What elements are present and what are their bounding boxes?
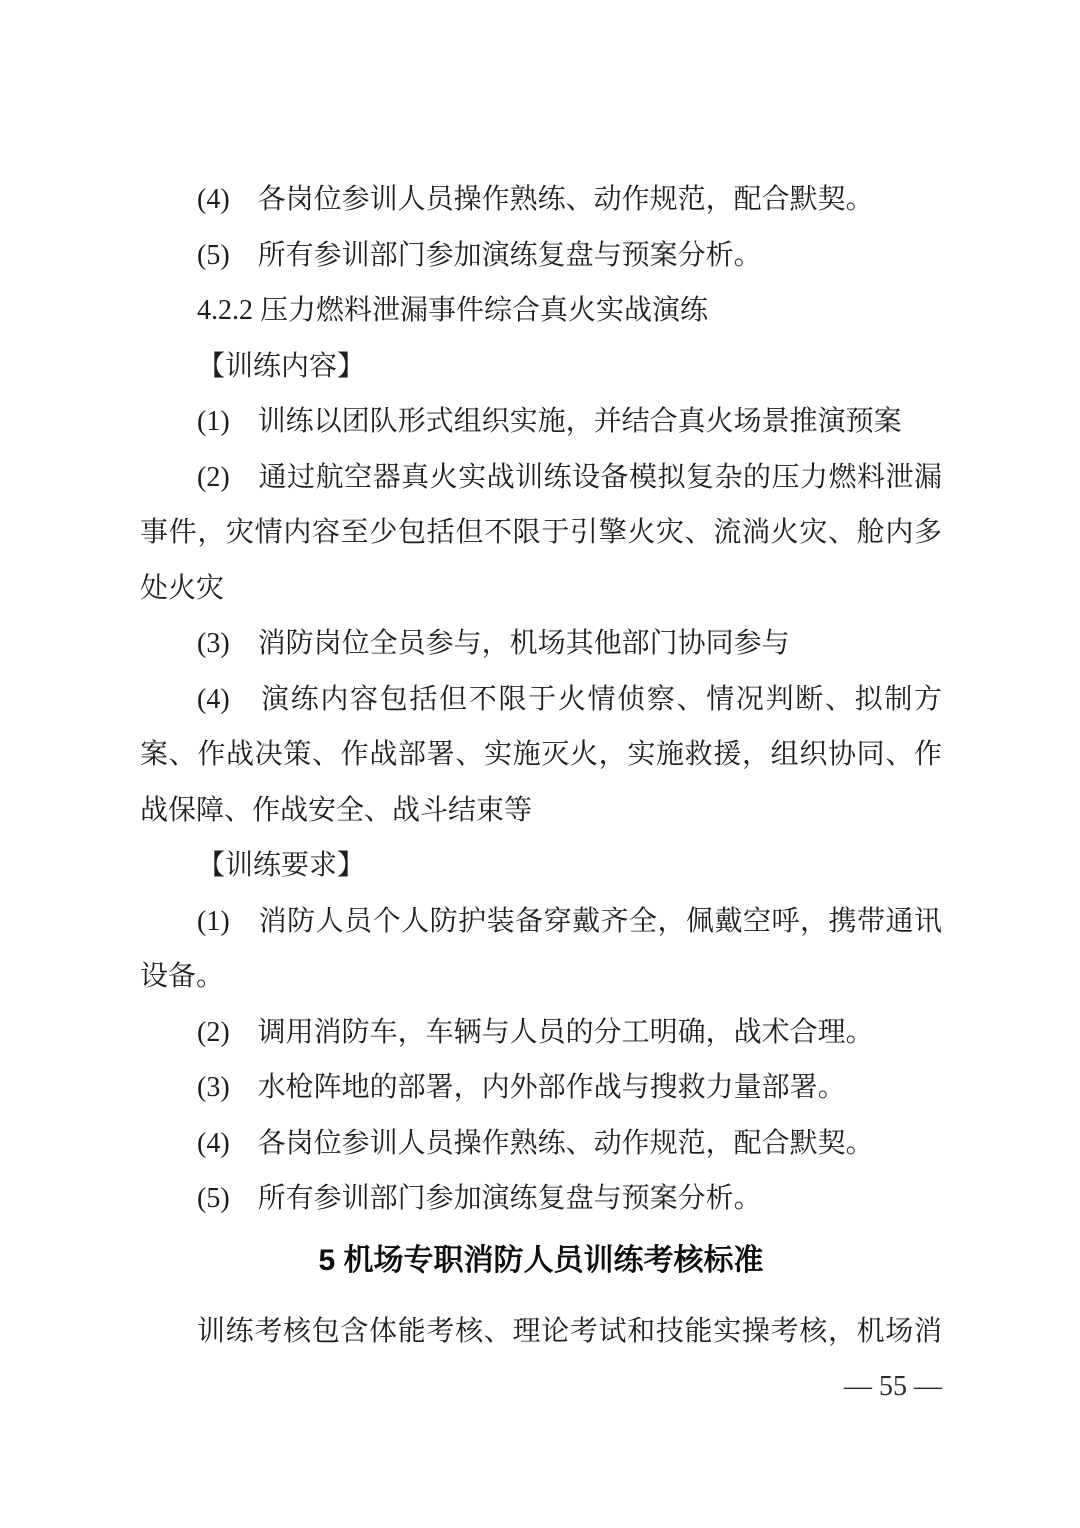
- page-number: — 55 —: [844, 1359, 942, 1415]
- text-line: 【训练要求】: [140, 838, 942, 894]
- text-line: (3) 水枪阵地的部署，内外部作战与搜救力量部署。: [140, 1060, 942, 1116]
- text-line: 战保障、作战安全、战斗结束等: [140, 783, 942, 839]
- text-line: 【训练内容】: [140, 339, 942, 395]
- document-body: (4) 各岗位参训人员操作熟练、动作规范，配合默契。(5) 所有参训部门参加演练…: [140, 172, 942, 1360]
- text-line: 事件，灾情内容至少包括但不限于引擎火灾、流淌火灾、舱内多: [140, 505, 942, 561]
- text-line: 训练考核包含体能考核、理论考试和技能实操考核，机场消: [140, 1304, 942, 1360]
- text-line: (1) 训练以团队形式组织实施，并结合真火场景推演预案: [140, 394, 942, 450]
- text-line: 设备。: [140, 949, 942, 1005]
- text-line: (4) 各岗位参训人员操作熟练、动作规范，配合默契。: [140, 1116, 942, 1172]
- text-line: (5) 所有参训部门参加演练复盘与预案分析。: [140, 228, 942, 284]
- text-line: (4) 各岗位参训人员操作熟练、动作规范，配合默契。: [140, 172, 942, 228]
- text-line: (1) 消防人员个人防护装备穿戴齐全，佩戴空呼，携带通讯: [140, 894, 942, 950]
- text-line: (2) 通过航空器真火实战训练设备模拟复杂的压力燃料泄漏: [140, 450, 942, 506]
- text-line: 处火灾: [140, 561, 942, 617]
- text-line: (2) 调用消防车，车辆与人员的分工明确，战术合理。: [140, 1005, 942, 1061]
- section-heading: 5 机场专职消防人员训练考核标准: [140, 1233, 942, 1289]
- text-line: (5) 所有参训部门参加演练复盘与预案分析。: [140, 1171, 942, 1227]
- text-line: (3) 消防岗位全员参与，机场其他部门协同参与: [140, 616, 942, 672]
- document-page: (4) 各岗位参训人员操作熟练、动作规范，配合默契。(5) 所有参训部门参加演练…: [0, 0, 1080, 1528]
- text-line: 案、作战决策、作战部署、实施灭火，实施救援，组织协同、作: [140, 727, 942, 783]
- text-line: 4.2.2 压力燃料泄漏事件综合真火实战演练: [140, 283, 942, 339]
- text-line: (4) 演练内容包括但不限于火情侦察、情况判断、拟制方: [140, 672, 942, 728]
